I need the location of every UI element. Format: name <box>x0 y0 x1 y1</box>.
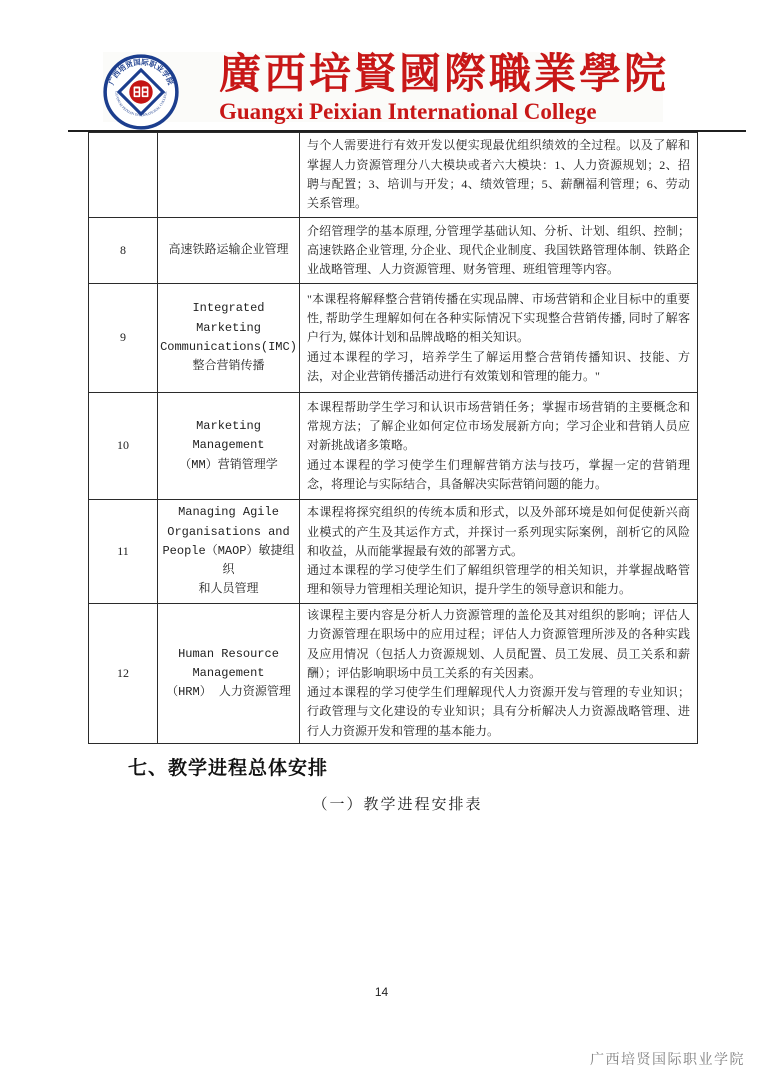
table-row-continuation: 与个人需要进行有效开发以便实现最优组织绩效的全过程。以及了解和掌握人力资源管理分… <box>89 133 698 218</box>
course-description-cell: 介绍管理学的基本原理, 分管理学基础认知、分析、计划、组织、控制；高速铁路企业管… <box>300 218 698 284</box>
course-name-cell: Integrated Marketing Communications(IMC)… <box>158 284 300 393</box>
table-row-8: 8 高速铁路运输企业管理 介绍管理学的基本原理, 分管理学基础认知、分析、计划、… <box>89 218 698 284</box>
table-row-11: 11 Managing Agile Organisations and Peop… <box>89 500 698 604</box>
header-titles: 廣西培賢國際職業學院 Guangxi Peixian International… <box>219 50 689 123</box>
section-subheading: （一）教学进程安排表 <box>0 793 763 814</box>
course-number-cell: 9 <box>89 284 158 393</box>
course-name-cell: 高速铁路运输企业管理 <box>158 218 300 284</box>
document-page: 广西培贤国际职业学院 GUANGXI PEIXIAN INTERNATIONAL… <box>0 0 763 1080</box>
course-name-cell <box>158 133 300 218</box>
emblem-inner-circle <box>129 80 152 103</box>
footer-watermark: 广西培贤国际职业学院 <box>590 1049 745 1069</box>
course-description-cell: 该课程主要内容是分析人力资源管理的盖伦及其对组织的影响；评估人力资源管理在职场中… <box>300 604 698 744</box>
table-row-10: 10 Marketing Management （MM）营销管理学 本课程帮助学… <box>89 393 698 500</box>
college-name-chinese: 廣西培賢國際職業學院 <box>219 50 689 100</box>
course-name-cell: Marketing Management （MM）营销管理学 <box>158 393 300 500</box>
page-number: 14 <box>0 985 763 999</box>
table-row-9: 9 Integrated Marketing Communications(IM… <box>89 284 698 393</box>
course-number-cell: 10 <box>89 393 158 500</box>
course-description-cell: "本课程将解释整合营销传播在实现品牌、市场营销和企业目标中的重要性, 帮助学生理… <box>300 284 698 393</box>
course-name-cell: Managing Agile Organisations and People（… <box>158 500 300 604</box>
course-number-cell: 11 <box>89 500 158 604</box>
section-heading: 七、教学进程总体安排 <box>128 753 328 780</box>
table-row-12: 12 Human Resource Management （HRM） 人力资源管… <box>89 604 698 744</box>
course-description-cell: 本课程帮助学生学习和认识市场营销任务；掌握市场营销的主要概念和常规方法；了解企业… <box>300 393 698 500</box>
course-number-cell <box>89 133 158 218</box>
course-number-cell: 8 <box>89 218 158 284</box>
course-number-cell: 12 <box>89 604 158 744</box>
course-description-cell: 与个人需要进行有效开发以便实现最优组织绩效的全过程。以及了解和掌握人力资源管理分… <box>300 133 698 218</box>
course-name-cell: Human Resource Management （HRM） 人力资源管理 <box>158 604 300 744</box>
college-name-english: Guangxi Peixian International College <box>219 101 689 123</box>
course-description-cell: 本课程将探究组织的传统本质和形式，以及外部环境是如何促使新兴商业模式的产生及其运… <box>300 500 698 604</box>
course-description-table: 与个人需要进行有效开发以便实现最优组织绩效的全过程。以及了解和掌握人力资源管理分… <box>88 132 698 744</box>
college-emblem-icon: 广西培贤国际职业学院 GUANGXI PEIXIAN INTERNATIONAL… <box>102 53 180 131</box>
